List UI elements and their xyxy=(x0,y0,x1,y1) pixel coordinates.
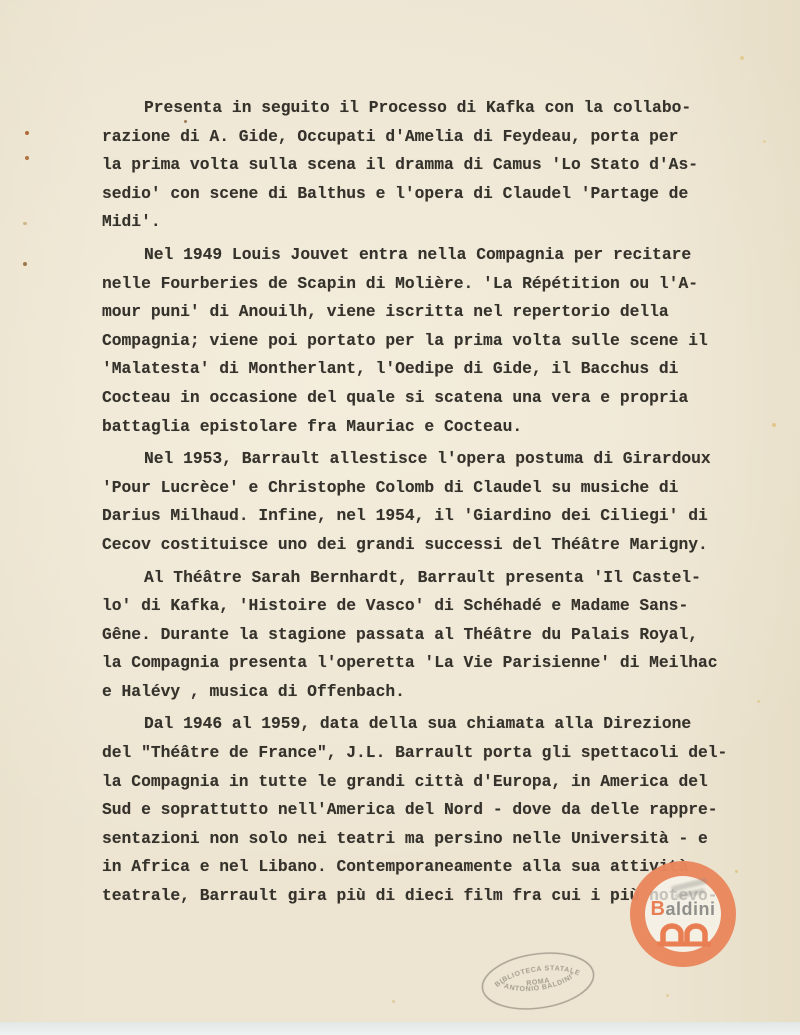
text-line: lo' di Kafka, 'Histoire de Vasco' di Sch… xyxy=(102,592,742,621)
open-book-icon xyxy=(656,920,712,948)
paragraph: Al Théâtre Sarah Bernhardt, Barrault pre… xyxy=(102,564,742,707)
watermark-inner: Baldini xyxy=(645,876,721,952)
text-line: Sud e soprattutto nell'America del Nord … xyxy=(102,796,742,825)
brand-initial: B xyxy=(651,898,666,920)
text-line: e Halévy , musica di Offenbach. xyxy=(102,678,742,707)
text-line: battaglia epistolare fra Mauriac e Cocte… xyxy=(102,413,742,442)
text-line: Nel 1953, Barrault allestisce l'opera po… xyxy=(102,445,742,474)
text-line: mour puni' di Anouilh, viene iscritta ne… xyxy=(102,298,742,327)
foxing-speck xyxy=(772,423,776,427)
text-line: la prima volta sulla scena il dramma di … xyxy=(102,151,742,180)
document-body: Presenta in seguito il Processo di Kafka… xyxy=(102,94,742,915)
watermark-brand: Baldini xyxy=(645,900,721,918)
text-line: Al Théâtre Sarah Bernhardt, Barrault pre… xyxy=(102,564,742,593)
foxing-speck xyxy=(25,156,29,160)
text-line: Cocteau in occasione del quale si scaten… xyxy=(102,384,742,413)
text-line: Cecov costituisce uno dei grandi success… xyxy=(102,531,742,560)
foxing-speck xyxy=(666,994,669,997)
text-line: Midi'. xyxy=(102,208,742,237)
text-line: Compagnia; viene poi portato per la prim… xyxy=(102,327,742,356)
text-line: Dal 1946 al 1959, data della sua chiamat… xyxy=(102,710,742,739)
foxing-speck xyxy=(23,262,27,266)
paragraph: Presenta in seguito il Processo di Kafka… xyxy=(102,94,742,237)
paragraph: Nel 1953, Barrault allestisce l'opera po… xyxy=(102,445,742,559)
text-line: la Compagnia in tutte le grandi città d'… xyxy=(102,768,742,797)
text-line: Presenta in seguito il Processo di Kafka… xyxy=(102,94,742,123)
text-line: Darius Milhaud. Infine, nel 1954, il 'Gi… xyxy=(102,502,742,531)
foxing-speck xyxy=(740,56,744,60)
baldini-watermark: Baldini xyxy=(630,861,736,967)
foxing-speck xyxy=(757,700,760,703)
scanner-edge-strip xyxy=(0,1022,800,1035)
text-line: nelle Fourberies de Scapin di Molière. '… xyxy=(102,270,742,299)
text-line: Gêne. Durante la stagione passata al Thé… xyxy=(102,621,742,650)
text-line: sedio' con scene di Balthus e l'opera di… xyxy=(102,180,742,209)
library-stamp: BIBLIOTECA STATALE ROMA "ANTONIO BALDINI… xyxy=(473,943,602,1019)
brand-rest: aldini xyxy=(665,899,715,919)
text-line: la Compagnia presenta l'operetta 'La Vie… xyxy=(102,649,742,678)
text-line: Nel 1949 Louis Jouvet entra nella Compag… xyxy=(102,241,742,270)
foxing-speck xyxy=(763,140,766,143)
text-line: 'Pour Lucrèce' e Christophe Colomb di Cl… xyxy=(102,474,742,503)
foxing-speck xyxy=(392,1000,395,1003)
text-line: sentazioni non solo nei teatri ma persin… xyxy=(102,825,742,854)
text-line: del "Théâtre de France", J.L. Barrault p… xyxy=(102,739,742,768)
text-line: 'Malatesta' di Montherlant, l'Oedipe di … xyxy=(102,355,742,384)
text-line: razione di A. Gide, Occupati d'Amelia di… xyxy=(102,123,742,152)
scanned-document-page: Presenta in seguito il Processo di Kafka… xyxy=(0,0,800,1035)
foxing-speck xyxy=(23,222,27,225)
paragraph: Nel 1949 Louis Jouvet entra nella Compag… xyxy=(102,241,742,441)
foxing-speck xyxy=(25,131,29,135)
